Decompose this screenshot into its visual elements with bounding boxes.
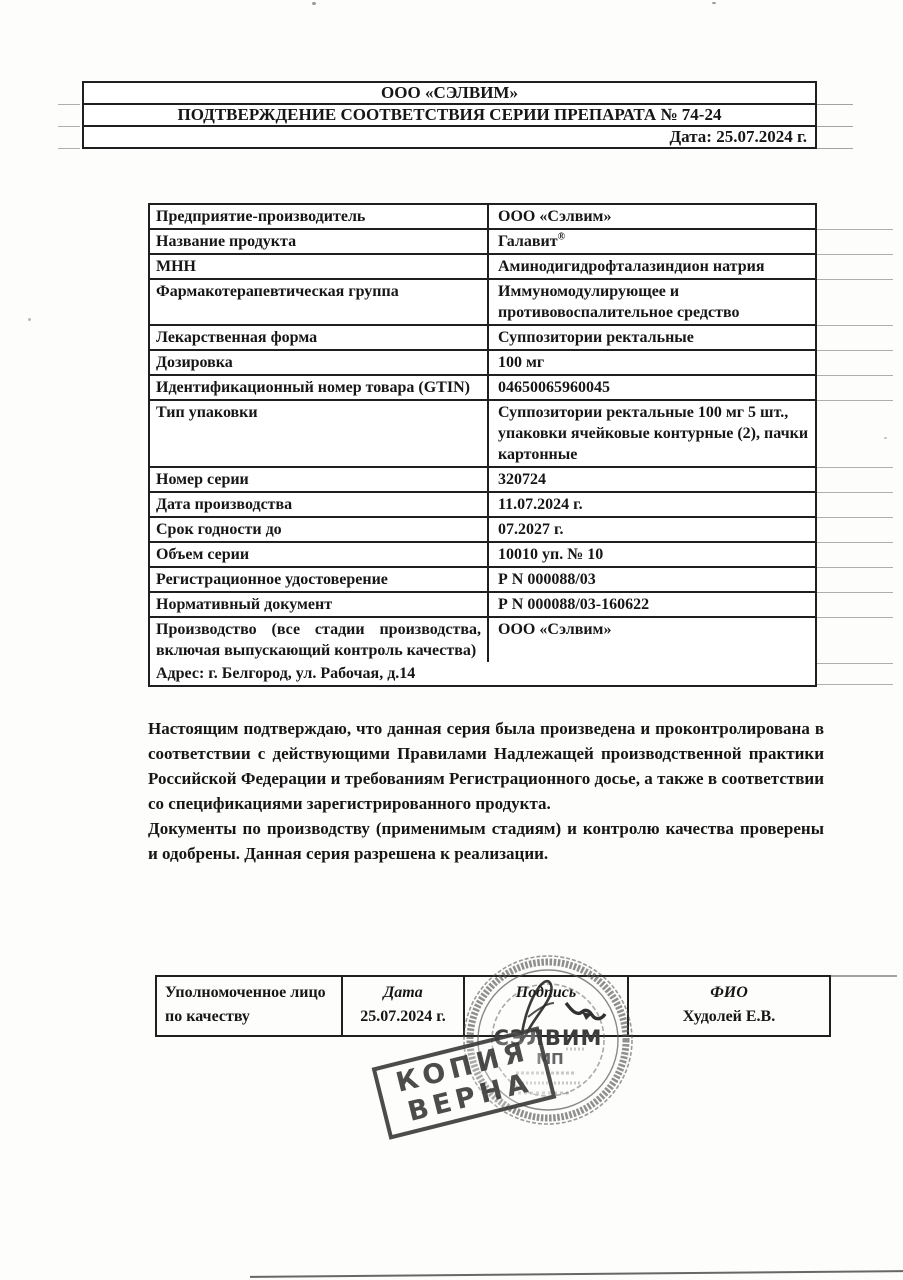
table-row: Производство (все стадии производства, в… bbox=[150, 618, 815, 662]
row-value: 10010 уп. № 10 bbox=[489, 543, 815, 566]
row-label: Фармакотерапевтическая группа bbox=[150, 280, 489, 324]
header-org: ООО «СЭЛВИМ» bbox=[84, 83, 815, 105]
row-value: Суппозитории ректальные 100 мг 5 шт., уп… bbox=[489, 401, 815, 466]
row-label: Объем серии bbox=[150, 543, 489, 566]
row-value: Иммуномодулирующее и противовоспалительн… bbox=[489, 280, 815, 324]
row-label: Срок годности до bbox=[150, 518, 489, 541]
table-row: Тип упаковки Суппозитории ректальные 100… bbox=[150, 401, 815, 468]
row-value: 04650065960045 bbox=[489, 376, 815, 399]
table-row: Лекарственная форма Суппозитории ректаль… bbox=[150, 326, 815, 351]
row-value: Аминодигидрофталазиндион натрия bbox=[489, 255, 815, 278]
date-cell: Дата 25.07.2024 г. bbox=[343, 977, 465, 1035]
header-table: ООО «СЭЛВИМ» ПОДТВЕРЖДЕНИЕ СООТВЕТСТВИЯ … bbox=[82, 81, 817, 149]
row-label: Нормативный документ bbox=[150, 593, 489, 616]
table-row: Объем серии 10010 уп. № 10 bbox=[150, 543, 815, 568]
table-row: МНН Аминодигидрофталазиндион натрия bbox=[150, 255, 815, 280]
date-value: 25.07.2024 г. bbox=[360, 1005, 445, 1029]
row-value: Р N 000088/03-160622 bbox=[489, 593, 815, 616]
row-value: 11.07.2024 г. bbox=[489, 493, 815, 516]
row-label: Дозировка bbox=[150, 351, 489, 374]
row-value: Галавит® bbox=[489, 230, 815, 253]
table-row: Дозировка 100 мг bbox=[150, 351, 815, 376]
row-label: Предприятие-производитель bbox=[150, 205, 489, 228]
table-row: Фармакотерапевтическая группа Иммуномоду… bbox=[150, 280, 815, 326]
row-label: Название продукта bbox=[150, 230, 489, 253]
scan-speck bbox=[312, 2, 316, 5]
scan-speck bbox=[884, 437, 887, 439]
role-label: Уполномоченное лицо по качеству bbox=[165, 981, 333, 1029]
header-title: ПОДТВЕРЖДЕНИЕ СООТВЕТСТВИЯ СЕРИИ ПРЕПАРА… bbox=[84, 105, 815, 127]
table-row: Идентификационный номер товара (GTIN) 04… bbox=[150, 376, 815, 401]
scan-speck bbox=[712, 2, 716, 4]
role-cell: Уполномоченное лицо по качеству bbox=[157, 977, 343, 1035]
row-value: 100 мг bbox=[489, 351, 815, 374]
row-label: Регистрационное удостоверение bbox=[150, 568, 489, 591]
table-row: Номер серии 320724 bbox=[150, 468, 815, 493]
statement-paragraph-2: Документы по производству (применимым ст… bbox=[148, 816, 824, 866]
address-row: Адрес: г. Белгород, ул. Рабочая, д.14 bbox=[150, 662, 815, 685]
date-label: Дата bbox=[383, 981, 422, 1005]
statement-paragraph-1: Настоящим подтверждаю, что данная серия … bbox=[148, 716, 824, 816]
row-label: Производство (все стадии производства, в… bbox=[150, 618, 489, 662]
row-value: ООО «Сэлвим» bbox=[489, 618, 815, 662]
row-label: Номер серии bbox=[150, 468, 489, 491]
row-value: ООО «Сэлвим» bbox=[489, 205, 815, 228]
row-value: 07.2027 г. bbox=[489, 518, 815, 541]
fio-label: ФИО bbox=[710, 981, 748, 1005]
registered-trademark-sup: ® bbox=[558, 232, 565, 243]
row-value: 320724 bbox=[489, 468, 815, 491]
fio-value: Худолей Е.В. bbox=[683, 1005, 775, 1029]
row-label: Лекарственная форма bbox=[150, 326, 489, 349]
document-page: ООО «СЭЛВИМ» ПОДТВЕРЖДЕНИЕ СООТВЕТСТВИЯ … bbox=[0, 0, 903, 1280]
product-table-rows: Предприятие-производитель ООО «Сэлвим» Н… bbox=[150, 205, 815, 662]
scan-speck bbox=[28, 318, 31, 321]
table-row: Нормативный документ Р N 000088/03-16062… bbox=[150, 593, 815, 618]
table-row: Название продукта Галавит® bbox=[150, 230, 815, 255]
row-label: МНН bbox=[150, 255, 489, 278]
row-label: Дата производства bbox=[150, 493, 489, 516]
row-value: Суппозитории ректальные bbox=[489, 326, 815, 349]
header-date: Дата: 25.07.2024 г. bbox=[84, 127, 815, 147]
row-label: Идентификационный номер товара (GTIN) bbox=[150, 376, 489, 399]
fio-cell: ФИО Худолей Е.В. bbox=[629, 977, 829, 1035]
table-row: Срок годности до 07.2027 г. bbox=[150, 518, 815, 543]
row-value: Р N 000088/03 bbox=[489, 568, 815, 591]
statement-block: Настоящим подтверждаю, что данная серия … bbox=[148, 716, 824, 866]
table-row: Предприятие-производитель ООО «Сэлвим» bbox=[150, 205, 815, 230]
scan-edge-line bbox=[250, 1270, 903, 1278]
table-row: Регистрационное удостоверение Р N 000088… bbox=[150, 568, 815, 593]
row-label: Тип упаковки bbox=[150, 401, 489, 466]
product-table: Предприятие-производитель ООО «Сэлвим» Н… bbox=[148, 203, 817, 687]
address-text: Адрес: г. Белгород, ул. Рабочая, д.14 bbox=[150, 662, 815, 685]
table-row: Дата производства 11.07.2024 г. bbox=[150, 493, 815, 518]
